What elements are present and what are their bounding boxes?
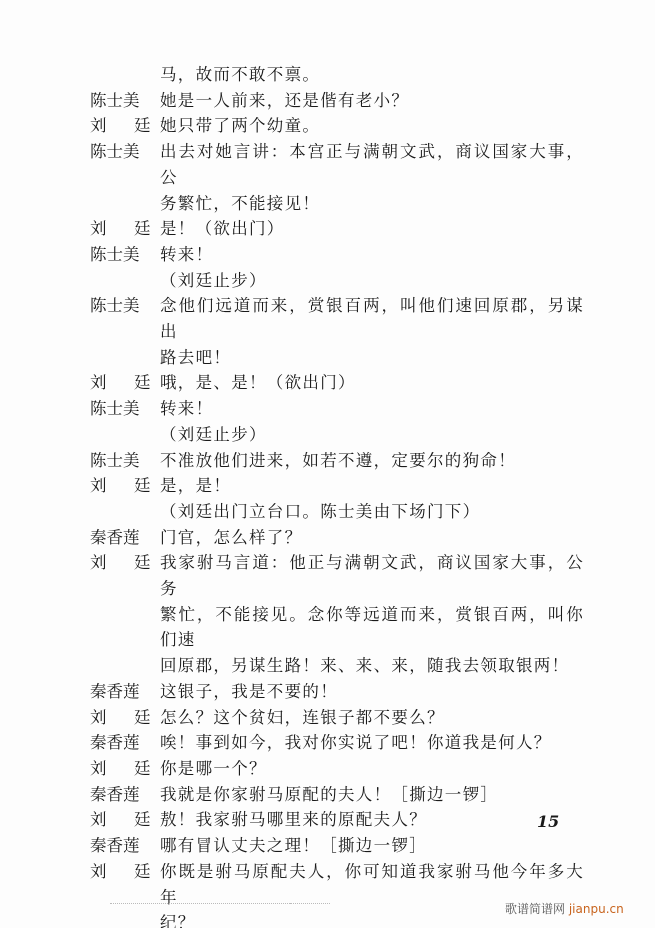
dialogue-lines: 马，故而不敢不禀。 陈士美她是一人前来，还是偕有老小？ 刘廷她只带了两个幼童。 … xyxy=(90,62,590,928)
speaker: 刘廷 xyxy=(90,216,160,242)
speaker: 陈士美 xyxy=(90,448,160,474)
dialogue-line: 陈士美不准放他们进来，如若不遵，定要尔的狗命！ xyxy=(90,448,590,474)
speaker: 刘廷 xyxy=(90,859,160,885)
speaker: 秦香莲 xyxy=(90,782,160,808)
line-text: 哦，是、是！（欲出门） xyxy=(160,370,584,396)
speaker: 刘廷 xyxy=(90,807,160,833)
line-text: 繁忙，不能接见。念你等远道而来，赏银百两，叫你们速 xyxy=(160,602,584,653)
dialogue-line: 秦香莲唉！事到如今，我对你实说了吧！你道我是何人？ xyxy=(90,730,590,756)
speaker: 刘廷 xyxy=(90,113,160,139)
line-text: 她只带了两个幼童。 xyxy=(160,113,584,139)
dialogue-line: 刘廷是，是！ xyxy=(90,473,590,499)
speaker: 刘廷 xyxy=(90,473,160,499)
line-text: 出去对她言讲：本宫正与满朝文武，商议国家大事，公 xyxy=(160,139,584,190)
line-text: 她是一人前来，还是偕有老小？ xyxy=(160,88,584,114)
line-text: 哪有冒认丈夫之理！［撕边一锣］ xyxy=(160,833,584,859)
dialogue-line: 回原郡，另谋生路！来、来、来，随我去领取银两！ xyxy=(90,653,590,679)
dialogue-line: 秦香莲门官，怎么样了？ xyxy=(90,525,590,551)
line-text: 回原郡，另谋生路！来、来、来，随我去领取银两！ xyxy=(160,653,584,679)
watermark-site: jianpu.cn xyxy=(569,902,624,916)
dialogue-line: 刘廷怎么？这个贫妇，连银子都不要么？ xyxy=(90,705,590,731)
speaker: 陈士美 xyxy=(90,88,160,114)
speaker: 陈士美 xyxy=(90,396,160,422)
dialogue-line: 刘廷你是哪一个？ xyxy=(90,756,590,782)
speaker: 陈士美 xyxy=(90,242,160,268)
line-text: （刘廷止步） xyxy=(160,422,584,448)
line-text: 务繁忙，不能接见！ xyxy=(160,191,584,217)
stage-direction: （刘廷出门立台口。陈士美由下场门下） xyxy=(90,499,590,525)
speaker: 秦香莲 xyxy=(90,679,160,705)
dialogue-line: 秦香莲我就是你家驸马原配的夫人！［撕边一锣］ xyxy=(90,782,590,808)
line-text: 门官，怎么样了？ xyxy=(160,525,584,551)
line-text: （刘廷止步） xyxy=(160,268,584,294)
speaker: 刘廷 xyxy=(90,756,160,782)
line-text: 我就是你家驸马原配的夫人！［撕边一锣］ xyxy=(160,782,584,808)
line-text: 我家驸马言道：他正与满朝文武，商议国家大事，公务 xyxy=(160,550,584,601)
script-page: 马，故而不敢不禀。 陈士美她是一人前来，还是偕有老小？ 刘廷她只带了两个幼童。 … xyxy=(0,0,655,928)
speaker: 秦香莲 xyxy=(90,730,160,756)
page-number: 15 xyxy=(537,812,559,831)
dialogue-line: 刘廷哦，是、是！（欲出门） xyxy=(90,370,590,396)
dialogue-line: 陈士美转来！ xyxy=(90,242,590,268)
line-text: 这银子，我是不要的！ xyxy=(160,679,584,705)
line-text: 是！（欲出门） xyxy=(160,216,584,242)
line-text: 念他们远道而来，赏银百两，叫他们速回原郡，另谋出 xyxy=(160,293,584,344)
dialogue-line: 陈士美转来！ xyxy=(90,396,590,422)
dialogue-line: 陈士美念他们远道而来，赏银百两，叫他们速回原郡，另谋出 xyxy=(90,293,590,344)
dialogue-line: 刘廷她只带了两个幼童。 xyxy=(90,113,590,139)
dialogue-line: 务繁忙，不能接见！ xyxy=(90,191,590,217)
line-text: （刘廷出门立台口。陈士美由下场门下） xyxy=(160,499,584,525)
speaker: 秦香莲 xyxy=(90,833,160,859)
line-text: 唉！事到如今，我对你实说了吧！你道我是何人？ xyxy=(160,730,584,756)
line-text: 你是哪一个？ xyxy=(160,756,584,782)
stage-direction: （刘廷止步） xyxy=(90,268,590,294)
scan-artifact xyxy=(110,903,300,906)
watermark-cn: 歌谱简谱网 xyxy=(505,902,565,916)
speaker: 刘廷 xyxy=(90,370,160,396)
dialogue-line: 陈士美出去对她言讲：本宫正与满朝文武，商议国家大事，公 xyxy=(90,139,590,190)
dialogue-line: 刘廷敖！我家驸马哪里来的原配夫人？ xyxy=(90,807,590,833)
line-text: 转来！ xyxy=(160,242,584,268)
line-text: 马，故而不敢不禀。 xyxy=(160,62,584,88)
speaker: 陈士美 xyxy=(90,293,160,319)
dialogue-line: 马，故而不敢不禀。 xyxy=(90,62,590,88)
line-text: 路去吧！ xyxy=(160,345,584,371)
dialogue-line: 秦香莲哪有冒认丈夫之理！［撕边一锣］ xyxy=(90,833,590,859)
dialogue-line: 繁忙，不能接见。念你等远道而来，赏银百两，叫你们速 xyxy=(90,602,590,653)
dialogue-line: 路去吧！ xyxy=(90,345,590,371)
line-text: 转来！ xyxy=(160,396,584,422)
dialogue-line: 秦香莲这银子，我是不要的！ xyxy=(90,679,590,705)
stage-direction: （刘廷止步） xyxy=(90,422,590,448)
dialogue-line: 陈士美她是一人前来，还是偕有老小？ xyxy=(90,88,590,114)
scan-artifact xyxy=(290,903,330,906)
speaker: 刘廷 xyxy=(90,705,160,731)
watermark: 歌谱简谱网 jianpu.cn xyxy=(505,900,624,917)
line-text: 怎么？这个贫妇，连银子都不要么？ xyxy=(160,705,584,731)
line-text: 是，是！ xyxy=(160,473,584,499)
dialogue-line: 刘廷我家驸马言道：他正与满朝文武，商议国家大事，公务 xyxy=(90,550,590,601)
speaker: 陈士美 xyxy=(90,139,160,165)
dialogue-line: 刘廷是！（欲出门） xyxy=(90,216,590,242)
line-text: 不准放他们进来，如若不遵，定要尔的狗命！ xyxy=(160,448,584,474)
speaker: 刘廷 xyxy=(90,550,160,576)
line-text: 敖！我家驸马哪里来的原配夫人？ xyxy=(160,807,584,833)
speaker: 秦香莲 xyxy=(90,525,160,551)
